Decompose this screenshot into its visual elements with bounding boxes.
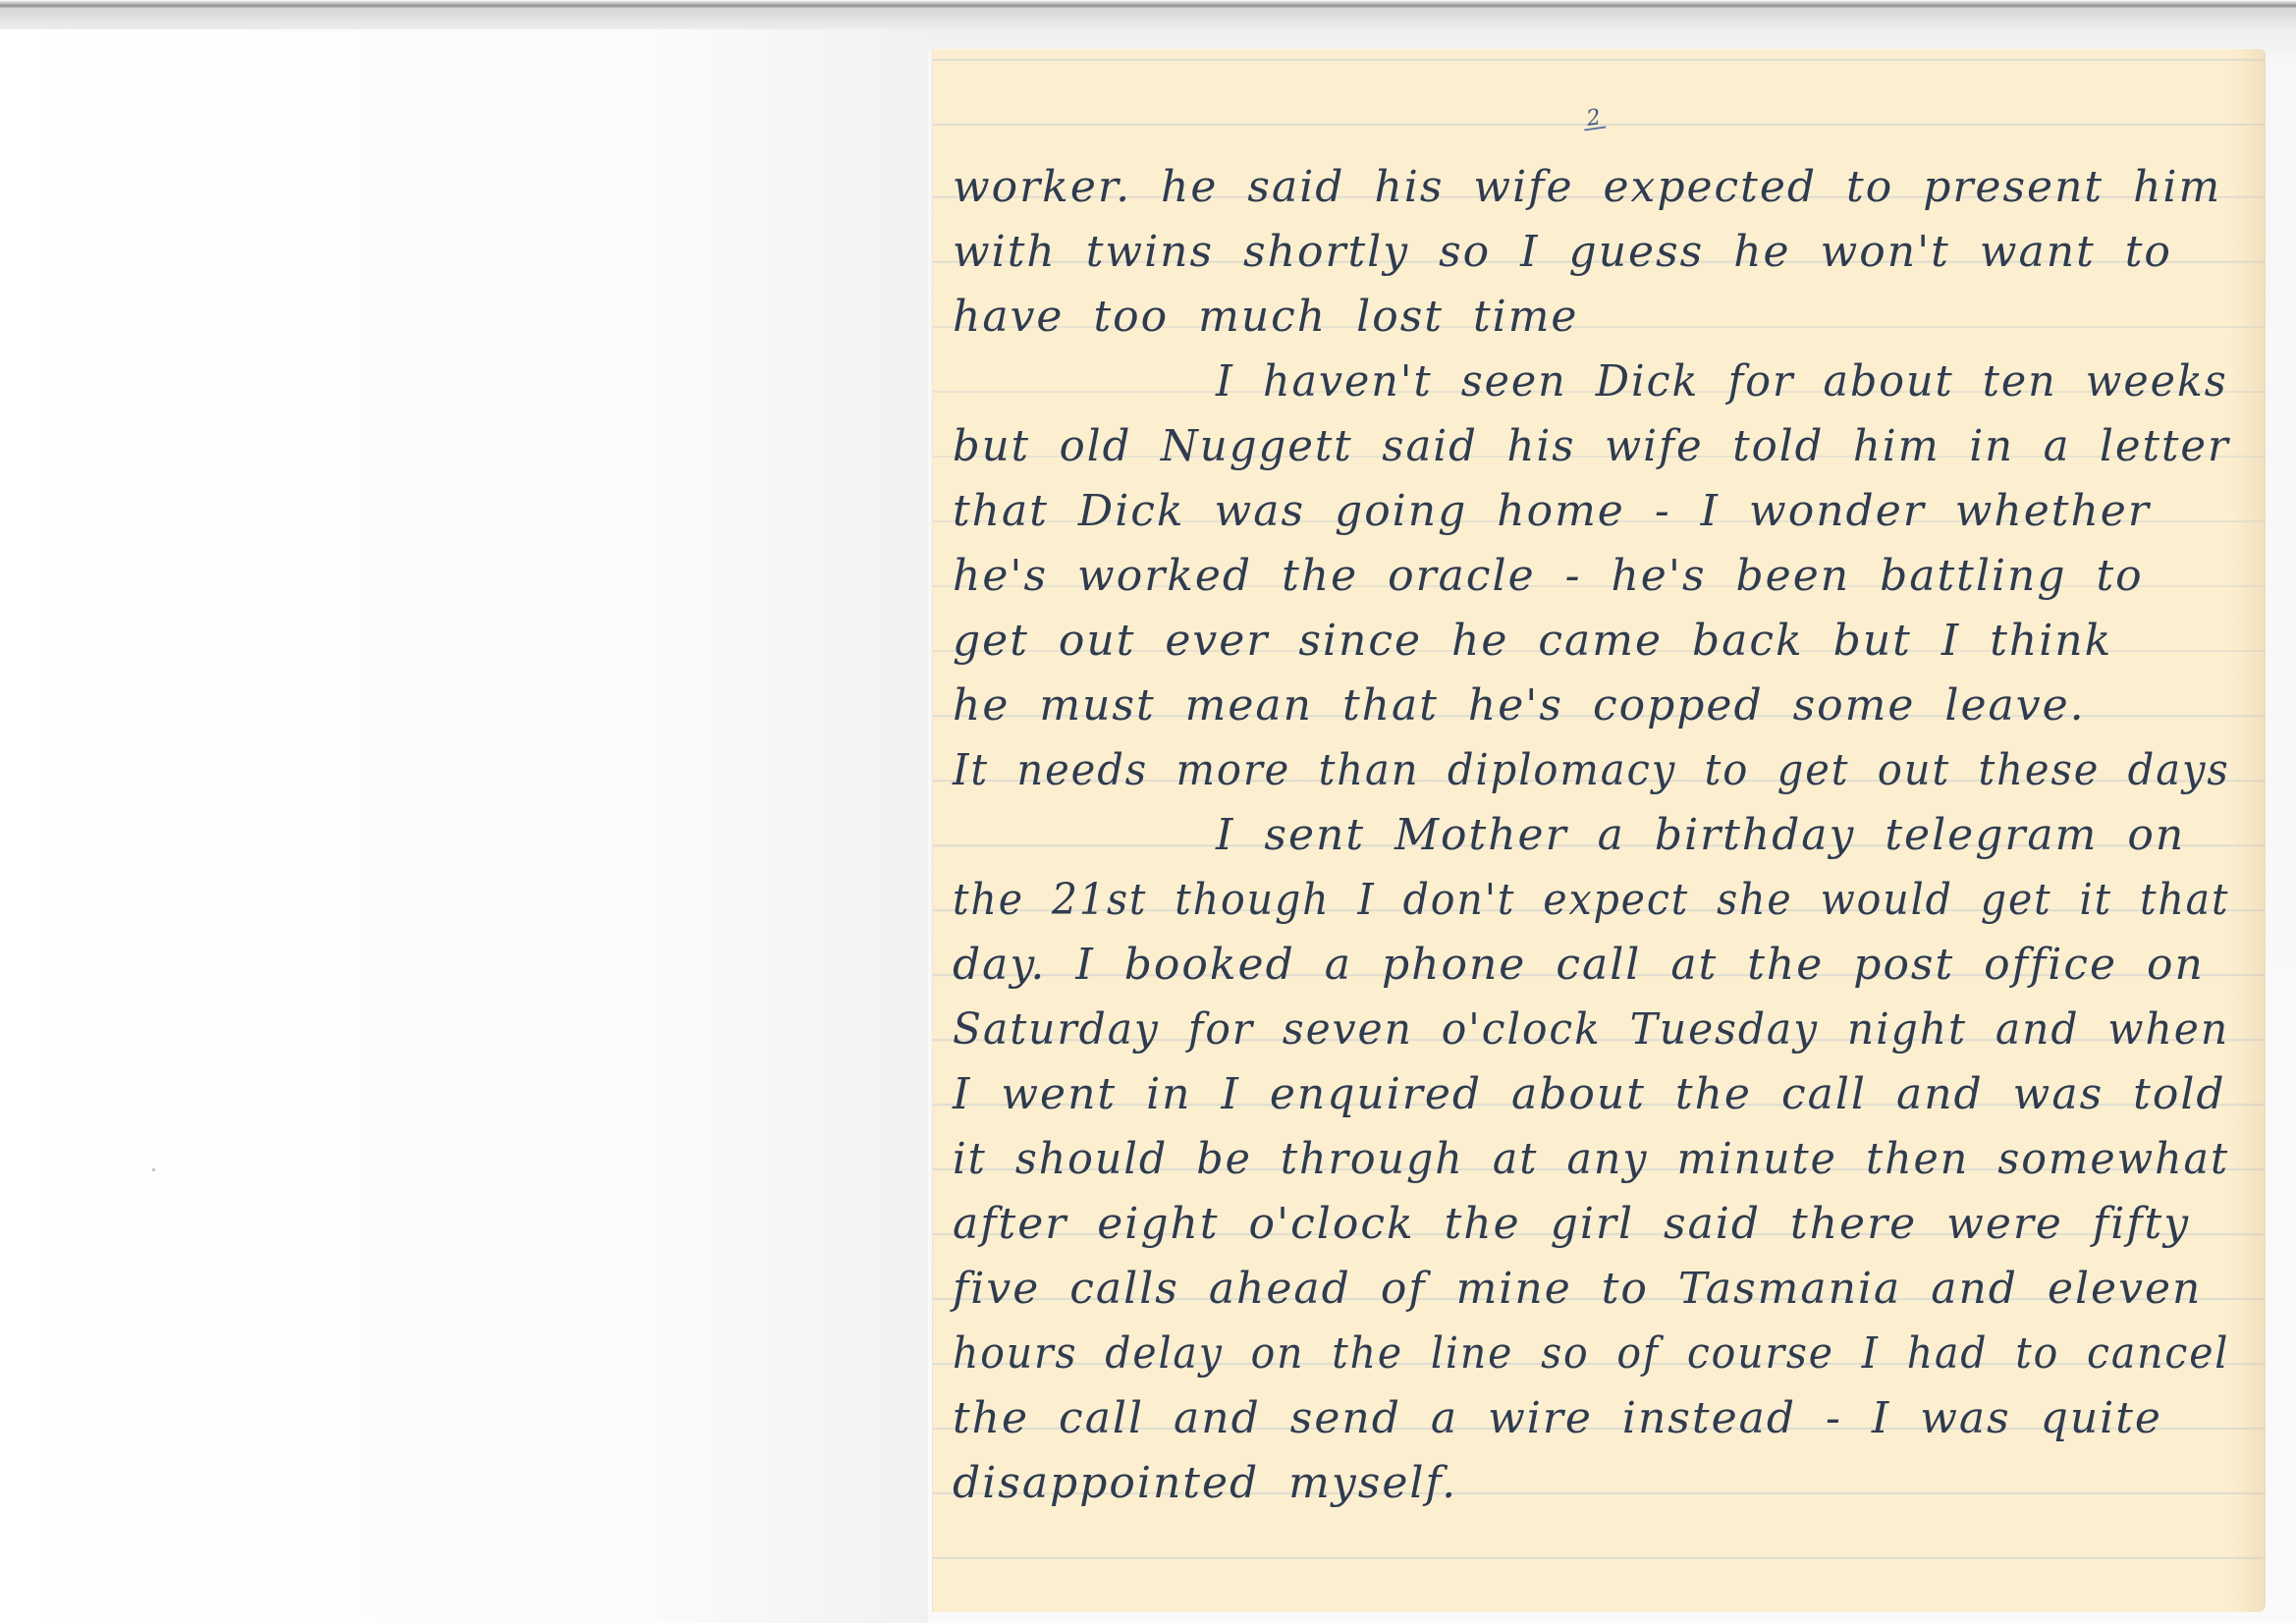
letter-line: the call and send a wire instead - I was… bbox=[953, 1393, 2162, 1444]
dust-speck bbox=[152, 1168, 155, 1171]
letter-line-paragraph-start: I sent Mother a birthday telegram on bbox=[1216, 810, 2185, 861]
page-number: 2 bbox=[1582, 109, 1607, 132]
letter-line: but old Nuggett said his wife told him i… bbox=[953, 421, 2230, 472]
letter-line: that Dick was going home - I wonder whet… bbox=[953, 486, 2151, 537]
letter-line: the 21st though I don't expect she would… bbox=[953, 875, 2229, 926]
letter-line: with twins shortly so I guess he won't w… bbox=[953, 227, 2172, 278]
scanned-page: 2 worker. he said his wife expected to p… bbox=[0, 0, 2296, 1623]
letter-line: he must mean that he's copped some leave… bbox=[953, 680, 2086, 731]
letter-line: hours delay on the line so of course I h… bbox=[953, 1328, 2229, 1380]
letter-line: day. I booked a phone call at the post o… bbox=[953, 940, 2205, 991]
letter-line: It needs more than diplomacy to get out … bbox=[953, 745, 2230, 796]
letter-line: get out ever since he came back but I th… bbox=[953, 616, 2112, 667]
letter-line: Saturday for seven o'clock Tuesday night… bbox=[953, 1004, 2229, 1055]
letter-line: five calls ahead of mine to Tasmania and… bbox=[953, 1264, 2202, 1315]
letter-line: I went in I enquired about the call and … bbox=[953, 1069, 2226, 1120]
letter-line: it should be through at any minute then … bbox=[953, 1134, 2229, 1185]
blank-scan-area bbox=[0, 29, 928, 1623]
letter-line: worker. he said his wife expected to pre… bbox=[953, 162, 2221, 213]
letter-line: after eight o'clock the girl said there … bbox=[953, 1199, 2190, 1250]
letter-line-paragraph-start: I haven't seen Dick for about ten weeks bbox=[1216, 356, 2228, 407]
letter-line: have too much lost time bbox=[953, 292, 1578, 343]
scanner-lid-edge bbox=[0, 0, 2296, 8]
letter-line: disappointed myself. bbox=[953, 1458, 1457, 1509]
letter-line: he's worked the oracle - he's been battl… bbox=[953, 551, 2144, 602]
